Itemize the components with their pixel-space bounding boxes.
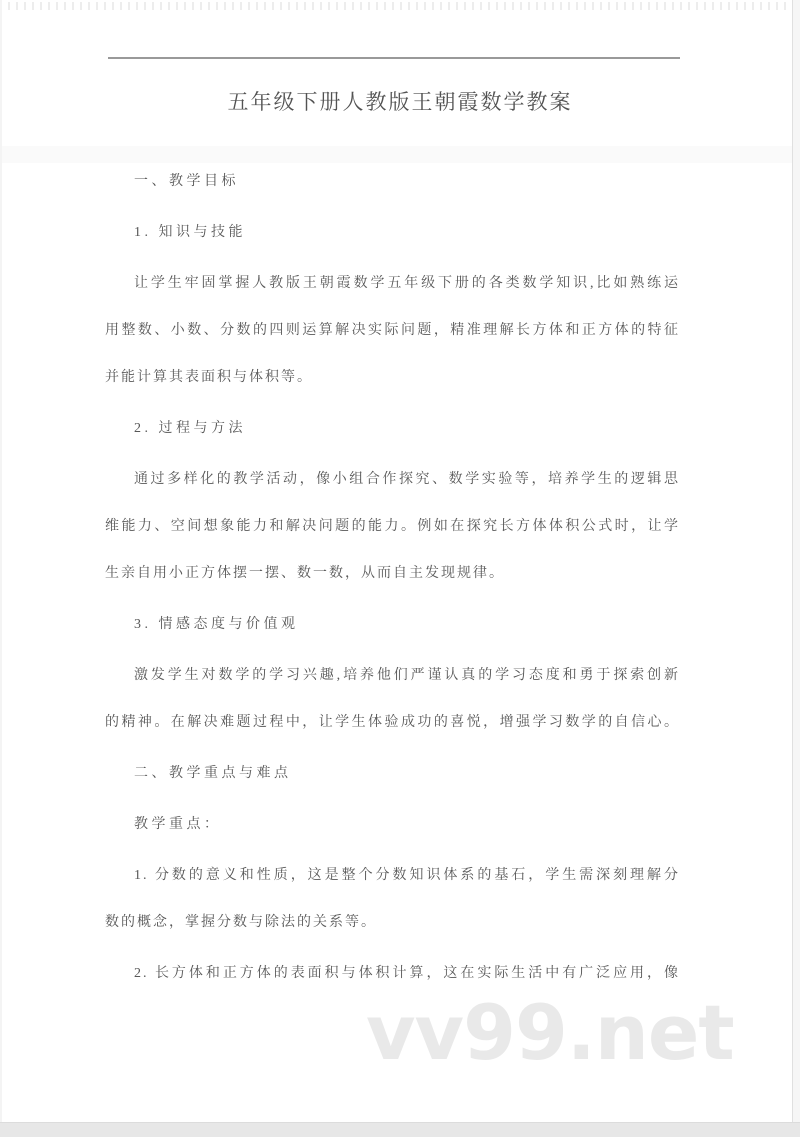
- text-line: 并能计算其表面积与体积等。: [105, 354, 680, 401]
- page-left-edge: [0, 0, 2, 1122]
- text-line: 生亲自用小正方体摆一摆、数一数，从而自主发现规律。: [105, 550, 680, 597]
- bottom-bar: [0, 1122, 800, 1137]
- text-line: 让学生牢固掌握人教版王朝霞数学五年级下册的各类数学知识,比如熟练运: [105, 260, 680, 307]
- section-heading: 2. 过程与方法: [105, 405, 680, 452]
- paragraph: 通过多样化的教学活动，像小组合作探究、数学实验等，培养学生的逻辑思维能力、空间想…: [105, 456, 680, 597]
- document-title: 五年级下册人教版王朝霞数学教案: [0, 86, 800, 116]
- document-page: 五年级下册人教版王朝霞数学教案 一、教学目标1. 知识与技能让学生牢固掌握人教版…: [0, 0, 800, 1137]
- page-right-edge-strip: [793, 0, 800, 1122]
- document-body: 一、教学目标1. 知识与技能让学生牢固掌握人教版王朝霞数学五年级下册的各类数学知…: [105, 158, 680, 997]
- text-line: 激发学生对数学的学习兴趣,培养他们严谨认真的学习态度和勇于探索创新: [105, 652, 680, 699]
- text-line: 数的概念，掌握分数与除法的关系等。: [105, 899, 680, 946]
- paragraph: 让学生牢固掌握人教版王朝霞数学五年级下册的各类数学知识,比如熟练运用整数、小数、…: [105, 260, 680, 401]
- section-heading: 二、教学重点与难点: [105, 750, 680, 797]
- paragraph: 1. 分数的意义和性质，这是整个分数知识体系的基石，学生需深刻理解分数的概念，掌…: [105, 852, 680, 946]
- section-heading: 3. 情感态度与价值观: [105, 601, 680, 648]
- paragraph: 激发学生对数学的学习兴趣,培养他们严谨认真的学习态度和勇于探索创新的精神。在解决…: [105, 652, 680, 746]
- text-line: 的精神。在解决难题过程中，让学生体验成功的喜悦，增强学习数学的自信心。: [105, 699, 680, 746]
- text-line: 1. 分数的意义和性质，这是整个分数知识体系的基石，学生需深刻理解分: [105, 852, 680, 899]
- section-heading: 1. 知识与技能: [105, 209, 680, 256]
- section-heading: 一、教学目标: [105, 158, 680, 205]
- text-line: 通过多样化的教学活动，像小组合作探究、数学实验等，培养学生的逻辑思: [105, 456, 680, 503]
- header-rule: [108, 57, 680, 59]
- text-line: 用整数、小数、分数的四则运算解决实际问题，精准理解长方体和正方体的特征: [105, 307, 680, 354]
- top-edge-texture: [0, 2, 800, 10]
- section-heading: 教学重点：: [105, 801, 680, 848]
- watermark: vv99.net: [366, 995, 734, 1071]
- text-line: 维能力、空间想象能力和解决问题的能力。例如在探究长方体体积公式时，让学: [105, 503, 680, 550]
